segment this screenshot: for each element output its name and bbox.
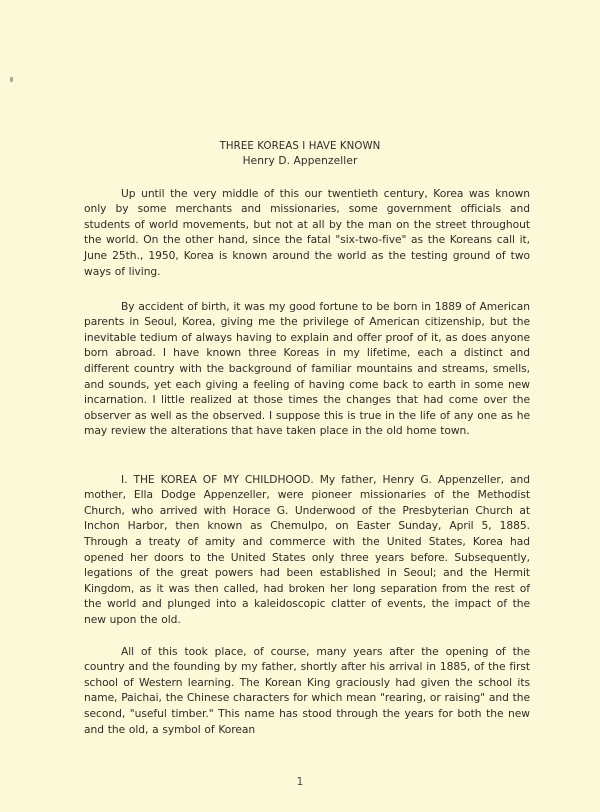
document-title: THREE KOREAS I HAVE KNOWN — [0, 139, 600, 154]
document-page: THREE KOREAS I HAVE KNOWN Henry D. Appen… — [0, 0, 600, 812]
document-author: Henry D. Appenzeller — [0, 154, 600, 169]
paragraph-3: I. THE KOREA OF MY CHILDHOOD. My father,… — [84, 472, 530, 628]
paragraph-4: All of this took place, of course, many … — [84, 644, 530, 738]
scan-speck — [10, 77, 13, 82]
paragraph-1: Up until the very middle of this our twe… — [84, 186, 530, 280]
title-block: THREE KOREAS I HAVE KNOWN Henry D. Appen… — [0, 139, 600, 169]
paragraph-2: By accident of birth, it was my good for… — [84, 299, 530, 439]
page-number: 1 — [0, 776, 600, 788]
